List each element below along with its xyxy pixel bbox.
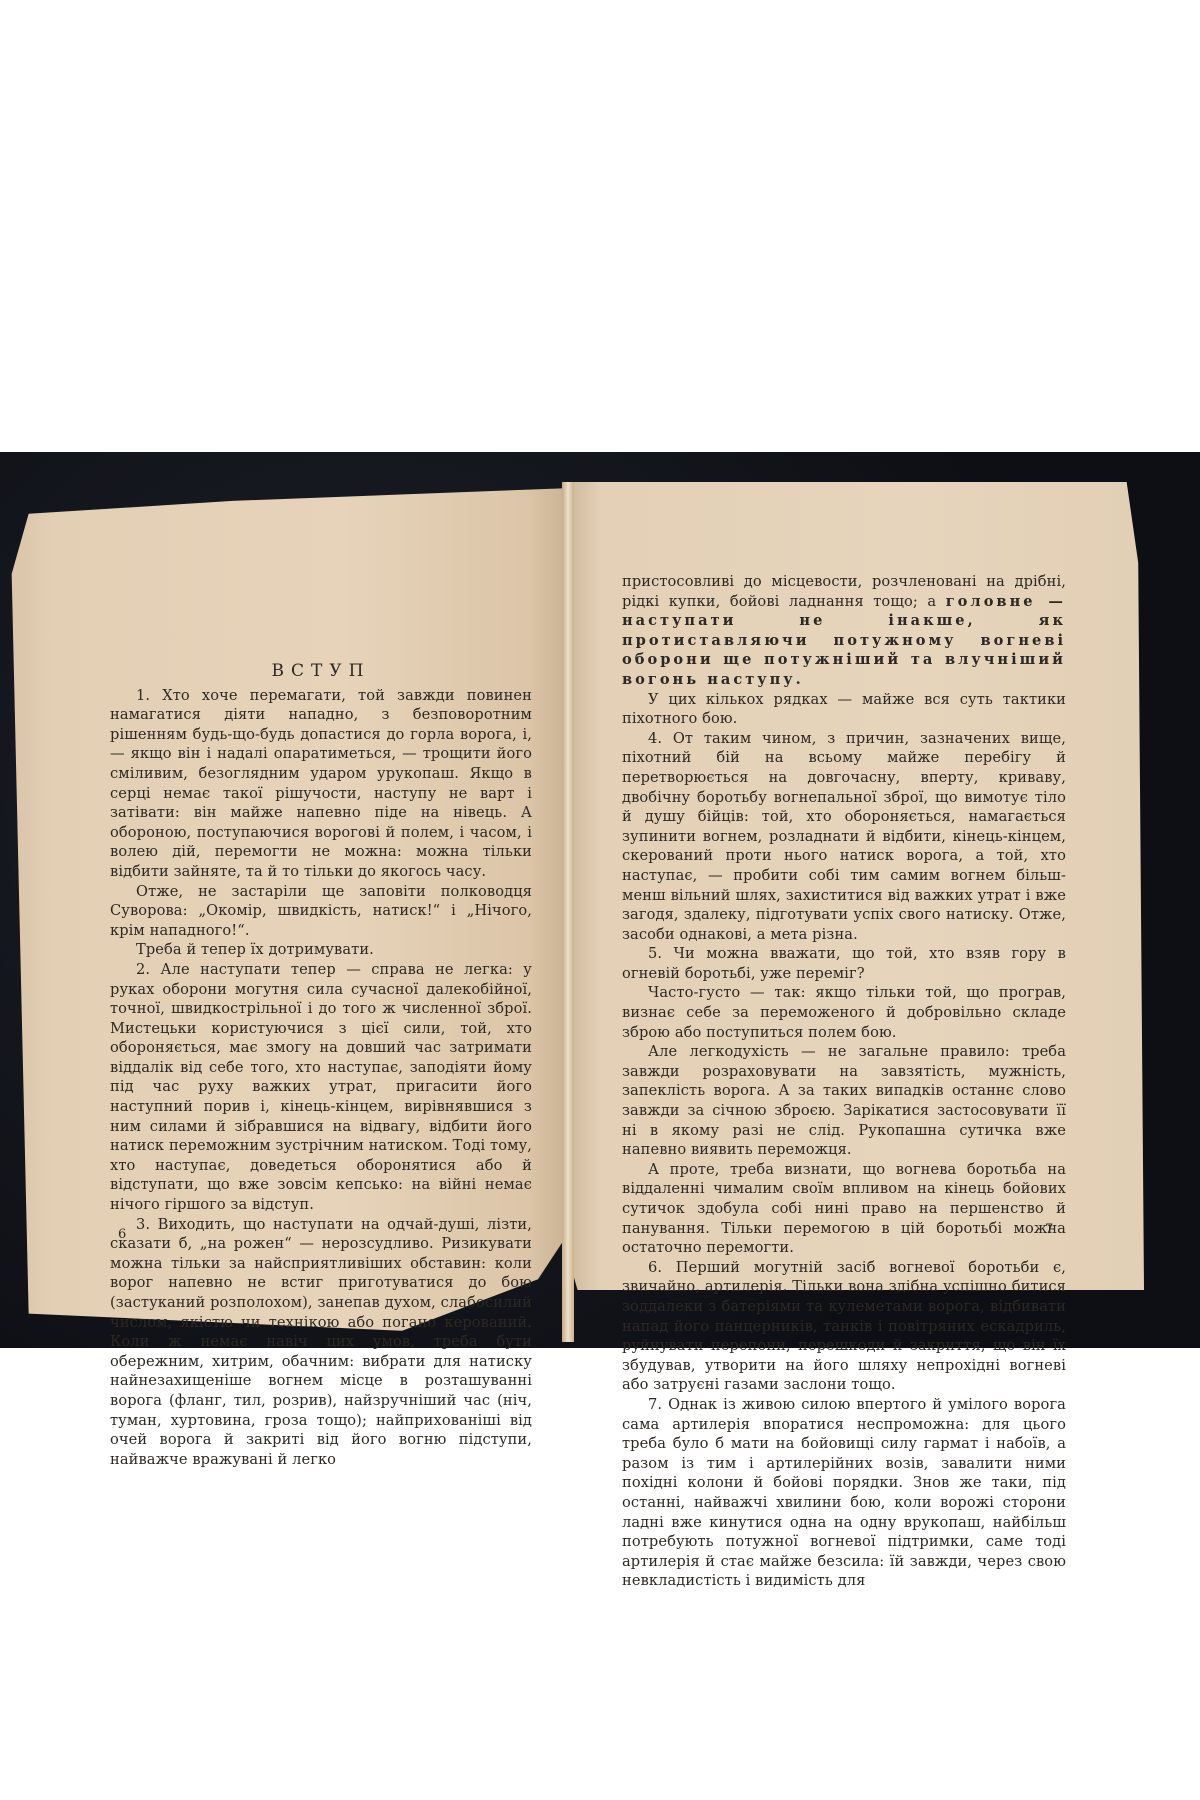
paragraph: 7. Однак із живою силою впертого й уміло… [622, 1395, 1066, 1591]
right-page-text: пристосовливі до місцевости, розчленован… [622, 572, 1066, 1591]
paragraph: 5. Чи можна вважати, що той, хто взяв го… [622, 944, 1066, 983]
book-spine [562, 482, 574, 1342]
paragraph: 1. Хто хоче перемагати, той завжди повин… [110, 686, 532, 882]
paragraph: 3. Виходить, що наступати на одчай-душі,… [110, 1215, 532, 1470]
paragraph: А проте, треба визнати, що вогнева борот… [622, 1160, 1066, 1258]
paragraph: 6. Перший могутній засіб вогневої бороть… [622, 1258, 1066, 1395]
chapter-heading: ВСТУП [110, 662, 532, 682]
paragraph: У цих кількох рядках — майже вся суть та… [622, 690, 1066, 729]
paragraph: Треба й тепер їх дотримувати. [110, 940, 532, 960]
paragraph: Але легкодухість — не загальне правило: … [622, 1042, 1066, 1160]
paragraph: Часто-густо — так: якщо тільки той, що п… [622, 983, 1066, 1042]
paragraph: Отже, не застаріли ще заповіти полководц… [110, 882, 532, 941]
page-number-left: 6 [118, 1227, 126, 1242]
paragraph: 4. От таким чином, з причин, зазначених … [622, 729, 1066, 945]
page-number-right: 7 [1045, 1222, 1053, 1237]
paragraph-continuation: пристосовливі до місцевости, розчленован… [622, 572, 1066, 690]
left-page-text: ВСТУП 1. Хто хоче перемагати, той завжди… [110, 662, 532, 1469]
paragraph: 2. Але наступати тепер — справа не легка… [110, 960, 532, 1215]
